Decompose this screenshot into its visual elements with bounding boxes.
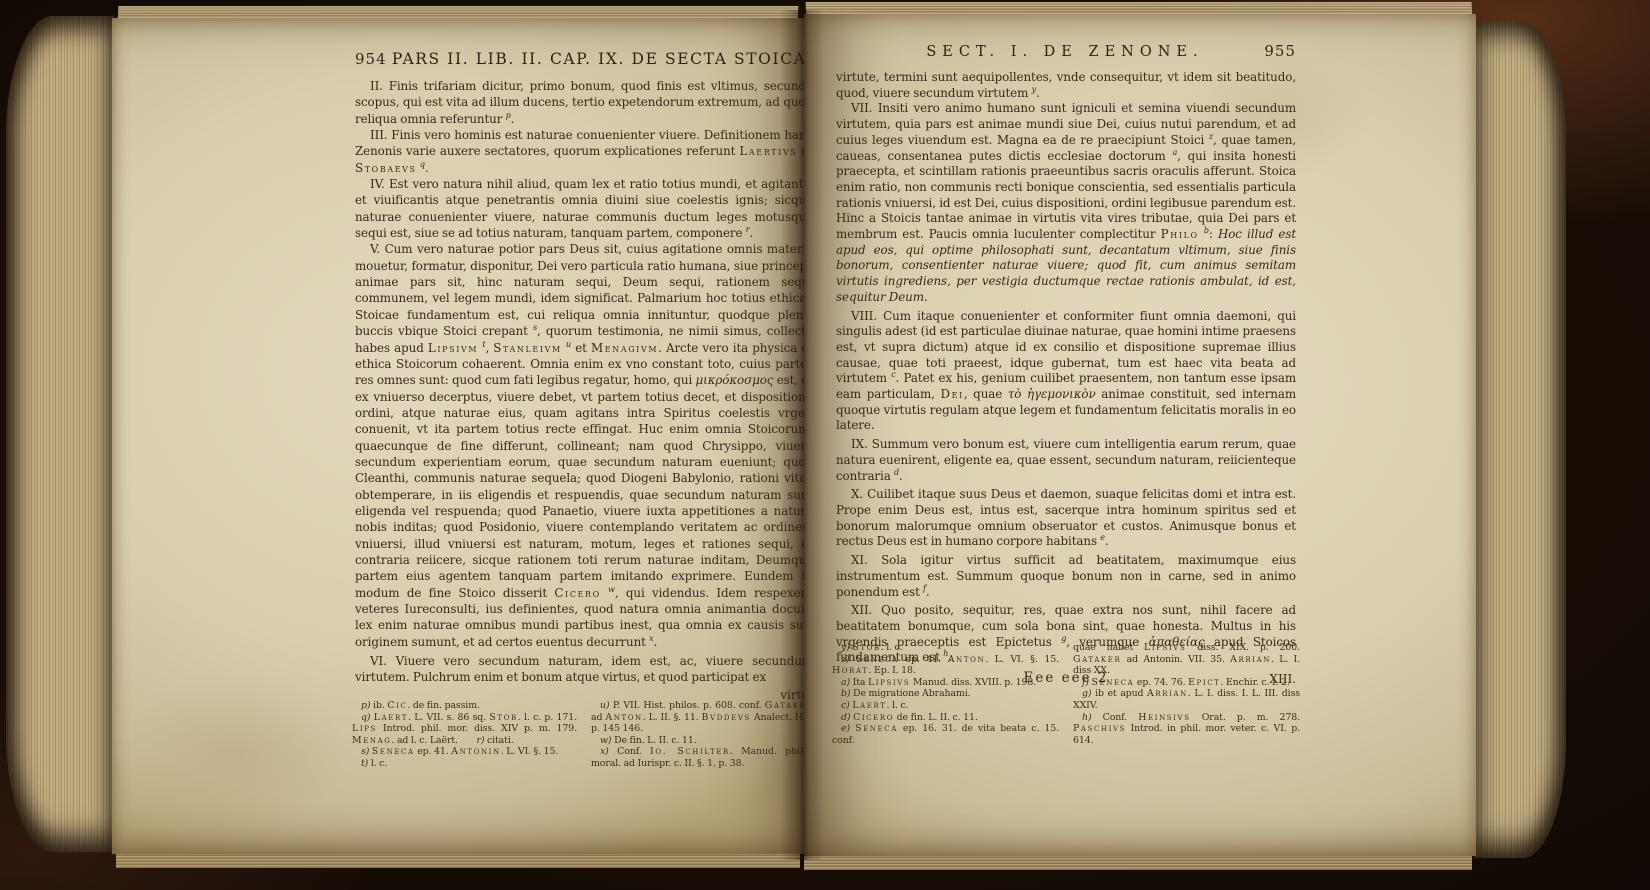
footnote-entry: h) Conf. Heinsivs Orat. p. m. 278. Pasch…	[1073, 712, 1300, 747]
body-paragraph: VIII. Cum itaque conuenienter et conform…	[836, 309, 1296, 435]
left-page-body: II. Finis trifariam dicitur, primo bonum…	[355, 78, 813, 703]
body-paragraph: V. Cum vero naturae potior pars Deus sit…	[355, 241, 813, 650]
body-paragraph: virtute, termini sunt aequipollentes, vn…	[836, 70, 1296, 101]
footnote-entry: q) Laert. L. VII. s. 86 sq. Stob. l. c. …	[352, 712, 577, 747]
body-paragraph: IV. Est vero natura nihil aliud, quam le…	[355, 176, 813, 241]
footnote-column-1: y) Stob. l. c.z) Seneca ep. 41. Anton. L…	[832, 642, 1059, 746]
book-photograph: 954 PARS II. LIB. II. CAP. IX. DE SECTA …	[0, 0, 1650, 890]
footnote-entry: e) Seneca ep. 16. 31. de vita beata c. 1…	[832, 723, 1059, 746]
body-paragraph: IX. Summum vero bonum est, viuere cum in…	[836, 437, 1296, 484]
footnote-entry: u) P. VII. Hist. philos. p. 608. conf. G…	[591, 700, 816, 735]
footnote-entry: g) ib et apud Arrian. L. I. diss. I. L. …	[1073, 688, 1300, 711]
footnote-entry: y) Stob. l. c.	[832, 642, 1059, 654]
footnote-entry: x) Conf. Io. Schilter. Manud. philos. mo…	[591, 746, 816, 769]
footnote-column-2: quae habet Lipsivs diss. XIX. p. 200. Ga…	[1073, 642, 1300, 746]
footnote-entry: d) Cicero de fin. L. II. c. 11.	[832, 712, 1059, 724]
footnote-entry: p) ib. Cic. de fin. passim.	[352, 700, 577, 712]
left-page-header: 954 PARS II. LIB. II. CAP. IX. DE SECTA …	[355, 50, 813, 68]
right-running-title: SECT. I. DE ZENONE.	[894, 44, 1236, 60]
right-page-footnotes: y) Stob. l. c.z) Seneca ep. 41. Anton. L…	[832, 642, 1300, 746]
body-paragraph: X. Cuilibet itaque suus Deus et daemon, …	[836, 487, 1296, 550]
body-paragraph: VI. Viuere vero secundum naturam, idem e…	[355, 653, 813, 686]
footnote-entry: quae habet Lipsivs diss. XIX. p. 200. Ga…	[1073, 642, 1300, 677]
body-paragraph: III. Finis vero hominis est naturae conu…	[355, 127, 813, 176]
footnote-column-2: u) P. VII. Hist. philos. p. 608. conf. G…	[591, 700, 816, 770]
right-page-header: SECT. I. DE ZENONE. 955	[834, 42, 1296, 60]
footnote-entry: a) Ita Lipsivs Manud. diss. XVIII. p. 19…	[832, 677, 1059, 689]
left-page-number: 954	[355, 50, 392, 68]
body-paragraph: II. Finis trifariam dicitur, primo bonum…	[355, 78, 813, 127]
footnote-entry: w) De fin. L. II. c. 11.	[591, 735, 816, 747]
footnote-entry: c) Laert. l. c.	[832, 700, 1059, 712]
footnote-entry: t) l. c.	[352, 758, 577, 770]
right-page-number: 955	[1236, 42, 1296, 60]
footnote-entry: s) Seneca ep. 41. Antonin. L. VI. §. 15.	[352, 746, 577, 758]
right-page: SECT. I. DE ZENONE. 955 virtute, termini…	[804, 14, 1476, 856]
left-page: 954 PARS II. LIB. II. CAP. IX. DE SECTA …	[112, 18, 804, 854]
footnote-column-1: p) ib. Cic. de fin. passim.q) Laert. L. …	[352, 700, 577, 770]
left-fore-edge-pages	[6, 16, 114, 852]
body-paragraph: VII. Insiti vero animo humano sunt ignic…	[836, 101, 1296, 305]
footnote-entry: z) Seneca ep. 41. Anton. L. VI. §. 15. H…	[832, 654, 1059, 677]
right-page-body: virtute, termini sunt aequipollentes, vn…	[836, 70, 1296, 689]
footnote-entry: b) De migratione Abrahami.	[832, 688, 1059, 700]
footnote-entry: f) Seneca ep. 74. 76. Epict. Enchir. c. …	[1073, 677, 1300, 689]
body-paragraph: XI. Sola igitur virtus sufficit ad beati…	[836, 553, 1296, 600]
right-fore-edge-pages	[1474, 22, 1566, 858]
left-running-title: PARS II. LIB. II. CAP. IX. DE SECTA STOI…	[392, 50, 813, 68]
left-page-footnotes: p) ib. Cic. de fin. passim.q) Laert. L. …	[352, 700, 816, 770]
